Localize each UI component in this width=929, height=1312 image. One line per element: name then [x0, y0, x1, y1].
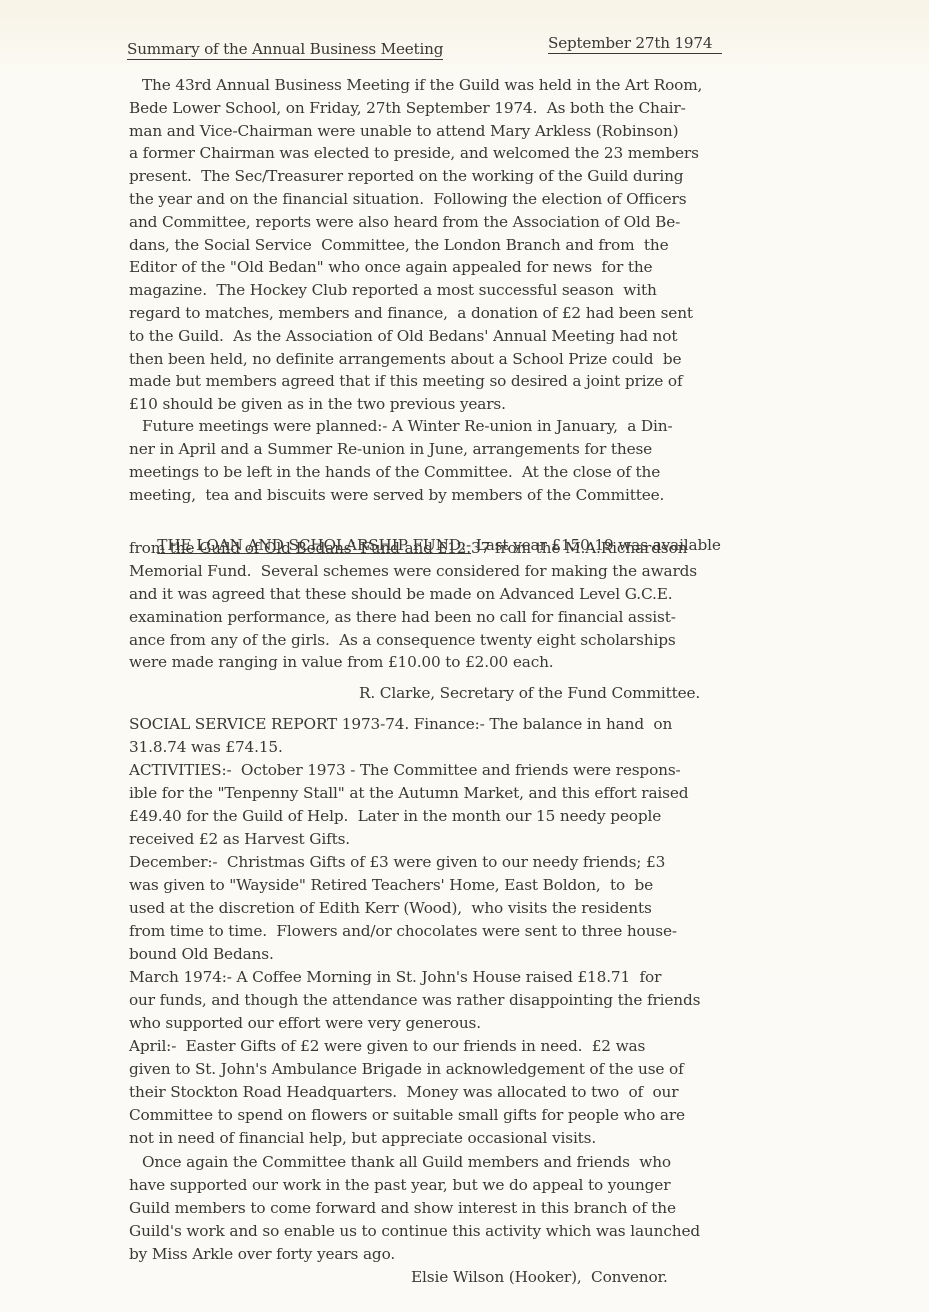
text-line: £49.40 for the Guild of Help. Later in t… [129, 806, 661, 826]
text-line: regard to matches, members and finance, … [129, 303, 693, 323]
text-line: Guild's work and so enable us to continu… [129, 1221, 700, 1241]
text-line: given to St. John's Ambulance Brigade in… [129, 1059, 684, 1079]
text-line: their Stockton Road Headquarters. Money … [129, 1082, 678, 1102]
text-line: March 1974:- A Coffee Morning in St. Joh… [129, 967, 661, 987]
text-line: ible for the "Tenpenny Stall" at the Aut… [129, 783, 688, 803]
text-line: The 43rd Annual Business Meeting if the … [142, 75, 702, 95]
text-line: then been held, no definite arrangements… [129, 349, 681, 369]
social-service-signature: Elsie Wilson (Hooker), Convenor. [411, 1267, 668, 1287]
text-line: SOCIAL SERVICE REPORT 1973-74. Finance:-… [129, 714, 672, 734]
text-line: ACTIVITIES:- October 1973 - The Committe… [129, 760, 681, 780]
document-date: September 27th 1974 [548, 34, 722, 54]
text-line: from the Guild of Old Bedans' Fund and £… [129, 538, 687, 558]
text-line: who supported our effort were very gener… [129, 1013, 481, 1033]
text-line: 31.8.74 was £74.15. [129, 737, 283, 757]
text-line: Once again the Committee thank all Guild… [142, 1152, 671, 1172]
text-line: meeting, tea and biscuits were served by… [129, 485, 664, 505]
text-line: used at the discretion of Edith Kerr (Wo… [129, 898, 652, 918]
loan-fund-signature: R. Clarke, Secretary of the Fund Committ… [359, 683, 700, 703]
text-line: present. The Sec/Treasurer reported on t… [129, 166, 683, 186]
text-line: ance from any of the girls. As a consequ… [129, 630, 676, 650]
text-line: Memorial Fund. Several schemes were cons… [129, 561, 697, 581]
page-header: Summary of the Annual Business Meeting S… [127, 38, 747, 62]
text-line: a former Chairman was elected to preside… [129, 143, 699, 163]
text-line: Future meetings were planned:- A Winter … [142, 416, 673, 436]
text-line: from time to time. Flowers and/or chocol… [129, 921, 677, 941]
text-line: £10 should be given as in the two previo… [129, 394, 506, 414]
text-line: our funds, and though the attendance was… [129, 990, 700, 1010]
document-title: Summary of the Annual Business Meeting [127, 40, 443, 60]
text-line: Bede Lower School, on Friday, 27th Septe… [129, 98, 686, 118]
text-line: Committee to spend on flowers or suitabl… [129, 1105, 685, 1125]
text-line: and Committee, reports were also heard f… [129, 212, 680, 232]
text-line: and it was agreed that these should be m… [129, 584, 672, 604]
text-line: the year and on the financial situation.… [129, 189, 686, 209]
text-line: received £2 as Harvest Gifts. [129, 829, 350, 849]
text-line: by Miss Arkle over forty years ago. [129, 1244, 395, 1264]
text-line: to the Guild. As the Association of Old … [129, 326, 677, 346]
text-line: bound Old Bedans. [129, 944, 274, 964]
text-line: meetings to be left in the hands of the … [129, 462, 660, 482]
document-page: Summary of the Annual Business Meeting S… [0, 0, 929, 1312]
text-line: was given to "Wayside" Retired Teachers'… [129, 875, 653, 895]
text-line: not in need of financial help, but appre… [129, 1128, 596, 1148]
text-line: have supported our work in the past year… [129, 1175, 670, 1195]
text-line: ner in April and a Summer Re-union in Ju… [129, 439, 652, 459]
text-line: Guild members to come forward and show i… [129, 1198, 676, 1218]
text-line: examination performance, as there had be… [129, 607, 676, 627]
text-line: magazine. The Hockey Club reported a mos… [129, 280, 657, 300]
text-line: man and Vice-Chairman were unable to att… [129, 121, 678, 141]
text-line: dans, the Social Service Committee, the … [129, 235, 669, 255]
text-line: made but members agreed that if this mee… [129, 371, 682, 391]
text-line: December:- Christmas Gifts of £3 were gi… [129, 852, 665, 872]
text-line: were made ranging in value from £10.00 t… [129, 652, 554, 672]
text-line: April:- Easter Gifts of £2 were given to… [129, 1036, 645, 1056]
text-line: Editor of the "Old Bedan" who once again… [129, 257, 652, 277]
